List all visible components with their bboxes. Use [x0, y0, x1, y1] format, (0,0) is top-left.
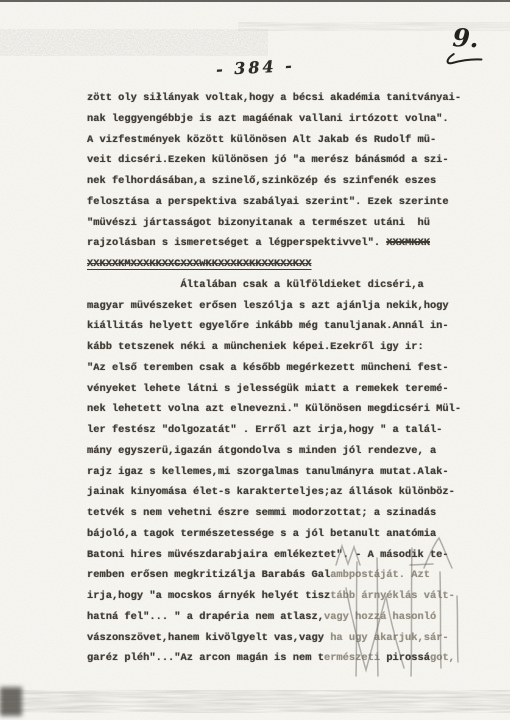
- typed-line: remben erősen megkritizálja Barabás Gala…: [87, 565, 487, 586]
- typed-line: tetvék s nem vehetni észre semmi modorzo…: [87, 503, 487, 524]
- typed-line: Általában csak a külföldieket dicséri,a: [87, 275, 487, 296]
- typed-line: A vizfestmények között különösen Alt Jak…: [87, 130, 487, 151]
- typed-text-segment: nak leggyengébbje is azt magáénak vallan…: [87, 113, 449, 125]
- typed-text-segment: rajzolásban s ismeretséget a légperspekt…: [87, 237, 386, 249]
- typed-text-segment: A vizfestmények között különösen Alt Jak…: [87, 134, 436, 146]
- typed-text-segment: pirossá: [380, 652, 430, 664]
- typed-text-segment: ler festész "dolgozatát" . Erről azt irj…: [87, 424, 442, 436]
- typed-line: jainak kinyomása élet-s karakterteljes;a…: [87, 482, 487, 503]
- typed-text-segment: remben erősen megkritizálja Barabás Gal: [87, 569, 330, 581]
- typed-line: nek felhordásában,a szinelő,szinközép és…: [87, 171, 487, 192]
- typed-line: kiállitás helyett egyelőre inkább még ta…: [87, 316, 487, 337]
- typed-text-segment: garéz pléh"..."Az arcon magán is nem t: [87, 652, 324, 664]
- typed-text-segment: nek felhordásában,a szinelő,szinközép és…: [87, 175, 436, 187]
- typed-line: rajz igaz s kellemes,mi szorgalmas tanul…: [87, 462, 487, 483]
- typed-text-segment: tább árnyéklás vált-: [330, 590, 455, 602]
- typed-text-segment: Általában csak a külföldieket dicséri,a: [87, 279, 424, 291]
- scan-noise-band-top-left: [0, 29, 268, 56]
- typed-line: vényeket lehete látni s jelességük miatt…: [87, 379, 487, 400]
- typed-text-segment: ermészeti: [324, 652, 380, 664]
- typed-text-segment: irja,hogy "a mocskos árnyék helyét tisz: [87, 590, 330, 602]
- typed-line: magyar müvészeket erősen leszólja s azt …: [87, 296, 487, 317]
- typed-text-segment: "müvészi jártasságot bizonyitanak a term…: [87, 217, 430, 229]
- typed-text-segment: ha ugy akarjuk,sár-: [330, 632, 448, 644]
- typed-line: zött oly siłlányak voltak,hogy a bécsi a…: [87, 88, 487, 109]
- typed-text-segment: got,: [430, 652, 455, 664]
- typed-line: kább tetszenek néki a müncheniek képei.E…: [87, 337, 487, 358]
- typed-text-segment: zött oly siłlányak voltak,hogy a bécsi a…: [87, 92, 461, 104]
- typed-line: mány egyszerü,igazán átgondolva s minden…: [87, 441, 487, 462]
- typed-line: irja,hogy "a mocskos árnyék helyét tiszt…: [87, 586, 487, 607]
- handwritten-page-number-text: 9.: [452, 25, 493, 52]
- typed-text-segment: hatná fel"... " a drapéria nem atlasz,: [87, 611, 324, 623]
- typed-text-segment: veit dicséri.Ezeken különösen jó "a meré…: [87, 154, 449, 166]
- typed-text-segment: jainak kinyomása élet-s karakterteljes;a…: [87, 486, 455, 498]
- typed-text-segment: kiállitás helyett egyelőre inkább még ta…: [87, 320, 449, 332]
- crossed-out-text: XXKXXKMXXXKKXXCXXXWKKXXXKXKKXXKXXKXX: [87, 258, 311, 270]
- typed-line: XXKXXKMXXXKKXXCXXXWKKXXXKXKKXXKXXKXX: [87, 254, 487, 275]
- typed-text-segment: tetvék s nem vehetni észre semmi modorzo…: [87, 507, 436, 519]
- typed-line: hatná fel"... " a drapéria nem atlasz,va…: [87, 607, 487, 628]
- typed-text-segment: rajz igaz s kellemes,mi szorgalmas tanul…: [87, 466, 449, 478]
- typed-text-segment: nek lehetett volna azt elnevezni." Külön…: [87, 403, 461, 415]
- typed-line: ler festész "dolgozatát" . Erről azt irj…: [87, 420, 487, 441]
- typed-text-segment: ambpostáját. Azt: [330, 569, 430, 581]
- ink-flourish-icon: [443, 51, 488, 71]
- scan-smudge-bottom-left: [0, 687, 22, 716]
- typed-line: "Az első teremben csak a később megérkez…: [87, 358, 487, 379]
- scan-noise-band-bottom: [0, 690, 510, 713]
- typed-text-segment: bájoló,a tagok természetessége s a jól b…: [87, 528, 436, 540]
- typed-line: nak leggyengébbje is azt magáénak vallan…: [87, 109, 487, 130]
- typed-text-segment: felosztása a perspektiva szabályai szeri…: [87, 196, 449, 208]
- scanned-page: 9. - 384 - zött oly siłlányak voltak,hog…: [0, 0, 510, 720]
- typed-line: vászonszövet,hanem kivölgyelt vas,vagy h…: [87, 628, 487, 649]
- typed-text-segment: mány egyszerü,igazán átgondolva s minden…: [87, 445, 436, 457]
- typed-line: bájoló,a tagok természetessége s a jól b…: [87, 524, 487, 545]
- crossed-out-text: XXXMKXK: [386, 237, 430, 249]
- typed-text-segment: "Az első teremben csak a később megérkez…: [87, 362, 449, 374]
- typed-line: felosztása a perspektiva szabályai szeri…: [87, 192, 487, 213]
- typed-text-segment: vászonszövet,hanem kivölgyelt vas,vagy: [87, 632, 330, 644]
- handwritten-page-number: 9.: [451, 25, 493, 73]
- typed-text-segment: vagy hozzá hasonló: [324, 611, 436, 623]
- typed-line: garéz pléh"..."Az arcon magán is nem ter…: [87, 648, 487, 669]
- typed-line: veit dicséri.Ezeken különösen jó "a meré…: [87, 150, 487, 171]
- typed-text-segment: vényeket lehete látni s jelességük miatt…: [87, 383, 449, 395]
- typed-text-segment: Batoni hires müvészdarabjaira emlékeztet…: [87, 549, 449, 561]
- typed-text-block: zött oly siłlányak voltak,hogy a bécsi a…: [87, 88, 487, 669]
- typed-page-number: - 384 -: [216, 56, 296, 79]
- typed-text-segment: magyar müvészeket erősen leszólja s azt …: [87, 300, 449, 312]
- scan-edge-top: [0, 0, 510, 2]
- typed-line: rajzolásban s ismeretséget a légperspekt…: [87, 233, 487, 254]
- typed-line: Batoni hires müvészdarabjaira emlékeztet…: [87, 545, 487, 566]
- typed-line: "müvészi jártasságot bizonyitanak a term…: [87, 213, 487, 234]
- typed-line: nek lehetett volna azt elnevezni." Külön…: [87, 399, 487, 420]
- typed-text-segment: kább tetszenek néki a müncheniek képei.E…: [87, 341, 424, 353]
